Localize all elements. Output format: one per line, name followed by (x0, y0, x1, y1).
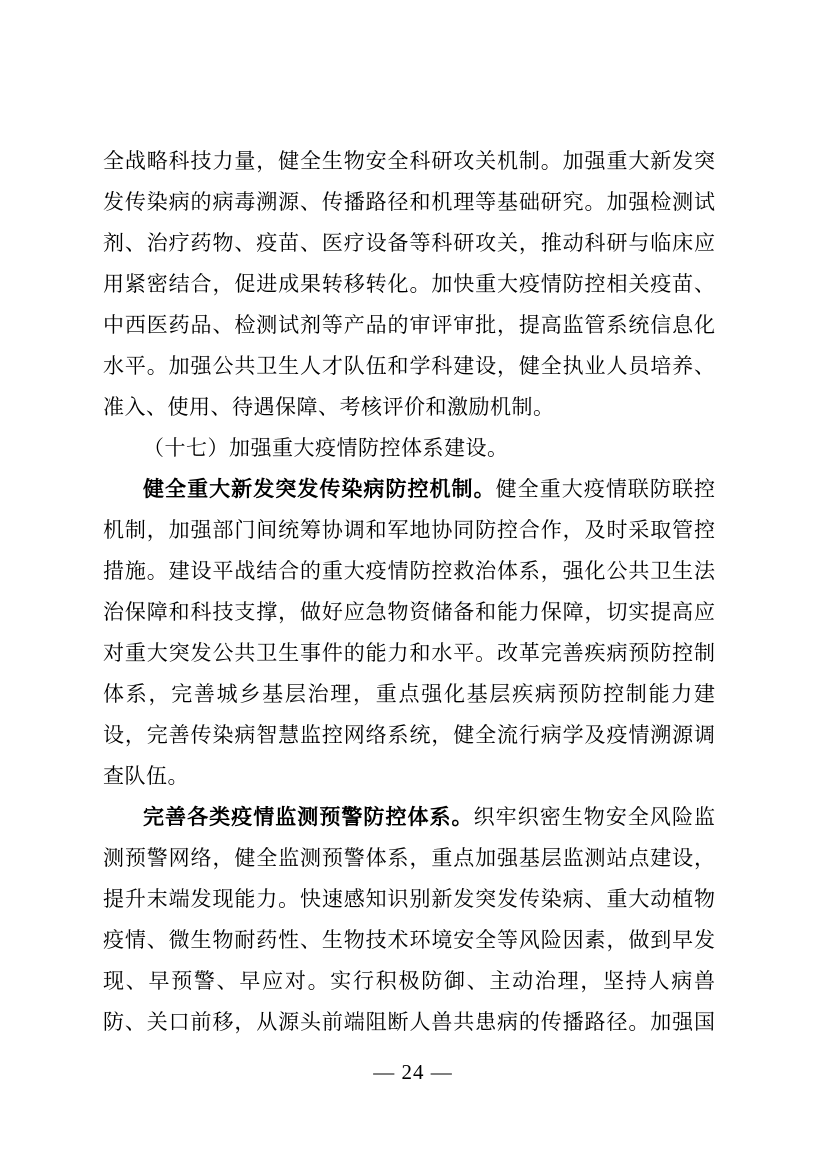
paragraph-lead-bold: 健全重大新发突发传染病防控机制。 (143, 477, 496, 501)
text-line: 发传染病的病毒溯源、传播路径和机理等基础研究。加强检测试 (103, 182, 715, 223)
text-line: 准入、使用、待遇保障、考核评价和激励机制。 (103, 387, 715, 428)
text-line: 水平。加强公共卫生人才队伍和学科建设，健全执业人员培养、 (103, 346, 715, 387)
text-line: 用紧密结合，促进成果转移转化。加快重大疫情防控相关疫苗、 (103, 264, 715, 305)
text-line: 设，完善传染病智慧监控网络系统，健全流行病学及疫情溯源调 (103, 715, 715, 756)
page-number: — 24 — (0, 1060, 826, 1085)
text-line: 措施。建设平战结合的重大疫情防控救治体系，强化公共卫生法 (103, 551, 715, 592)
text-run: 织牢织密生物安全风险监 (474, 805, 715, 829)
text-line: 现、早预警、早应对。实行积极防御、主动治理，坚持人病兽 (103, 961, 715, 1002)
text-line: 健全重大新发突发传染病防控机制。健全重大疫情联防联控 (103, 469, 715, 510)
text-run: 防、关口前移，从源头前端阻断人兽共患病的传播路径。加强国 (103, 1010, 715, 1034)
text-run: 体系，完善城乡基层治理，重点强化基层疾病预防控制能力建 (103, 682, 715, 706)
paragraph-lead-bold: 完善各类疫情监测预警防控体系。 (143, 805, 474, 829)
text-line: 查队伍。 (103, 756, 715, 797)
text-run: 发传染病的病毒溯源、传播路径和机理等基础研究。加强检测试 (103, 190, 715, 214)
text-run: 全战略科技力量，健全生物安全科研攻关机制。加强重大新发突 (103, 149, 715, 173)
text-run: 提升末端发现能力。快速感知识别新发突发传染病、重大动植物 (103, 887, 715, 911)
text-line: 测预警网络，健全监测预警体系，重点加强基层监测站点建设， (103, 838, 715, 879)
text-run: 中西医药品、检测试剂等产品的审评审批，提高监管系统信息化 (103, 313, 715, 337)
text-run: 对重大突发公共卫生事件的能力和水平。改革完善疾病预防控制 (103, 641, 715, 665)
text-run: 查队伍。 (103, 764, 189, 788)
text-run: 措施。建设平战结合的重大疫情防控救治体系，强化公共卫生法 (103, 559, 715, 583)
text-line: 完善各类疫情监测预警防控体系。织牢织密生物安全风险监 (103, 797, 715, 838)
text-run: 机制，加强部门间统筹协调和军地协同防控合作，及时采取管控 (103, 518, 715, 542)
text-run: 现、早预警、早应对。实行积极防御、主动治理，坚持人病兽 (103, 969, 715, 993)
text-run: 设，完善传染病智慧监控网络系统，健全流行病学及疫情溯源调 (103, 723, 715, 747)
text-run: 治保障和科技支撑，做好应急物资储备和能力保障，切实提高应 (103, 600, 715, 624)
text-line: 防、关口前移，从源头前端阻断人兽共患病的传播路径。加强国 (103, 1002, 715, 1043)
text-line: 治保障和科技支撑，做好应急物资储备和能力保障，切实提高应 (103, 592, 715, 633)
text-line: 全战略科技力量，健全生物安全科研攻关机制。加强重大新发突 (103, 141, 715, 182)
text-line: 中西医药品、检测试剂等产品的审评审批，提高监管系统信息化 (103, 305, 715, 346)
text-line: 提升末端发现能力。快速感知识别新发突发传染病、重大动植物 (103, 879, 715, 920)
text-run: 水平。加强公共卫生人才队伍和学科建设，健全执业人员培养、 (103, 354, 715, 378)
text-line: 对重大突发公共卫生事件的能力和水平。改革完善疾病预防控制 (103, 633, 715, 674)
text-run: （十七）加强重大疫情防控体系建设。 (143, 436, 509, 460)
text-body: 全战略科技力量，健全生物安全科研攻关机制。加强重大新发突发传染病的病毒溯源、传播… (103, 141, 715, 1043)
text-run: 剂、治疗药物、疫苗、医疗设备等科研攻关，推动科研与临床应 (103, 231, 715, 255)
text-line: 剂、治疗药物、疫苗、医疗设备等科研攻关，推动科研与临床应 (103, 223, 715, 264)
text-line: 机制，加强部门间统筹协调和军地协同防控合作，及时采取管控 (103, 510, 715, 551)
text-line: （十七）加强重大疫情防控体系建设。 (103, 428, 715, 469)
text-line: 疫情、微生物耐药性、生物技术环境安全等风险因素，做到早发 (103, 920, 715, 961)
document-page: 全战略科技力量，健全生物安全科研攻关机制。加强重大新发突发传染病的病毒溯源、传播… (0, 0, 826, 1169)
text-run: 测预警网络，健全监测预警体系，重点加强基层监测站点建设， (103, 846, 715, 870)
text-line: 体系，完善城乡基层治理，重点强化基层疾病预防控制能力建 (103, 674, 715, 715)
text-run: 用紧密结合，促进成果转移转化。加快重大疫情防控相关疫苗、 (103, 272, 715, 296)
text-run: 健全重大疫情联防联控 (496, 477, 715, 501)
text-run: 准入、使用、待遇保障、考核评价和激励机制。 (103, 395, 555, 419)
text-run: 疫情、微生物耐药性、生物技术环境安全等风险因素，做到早发 (103, 928, 715, 952)
